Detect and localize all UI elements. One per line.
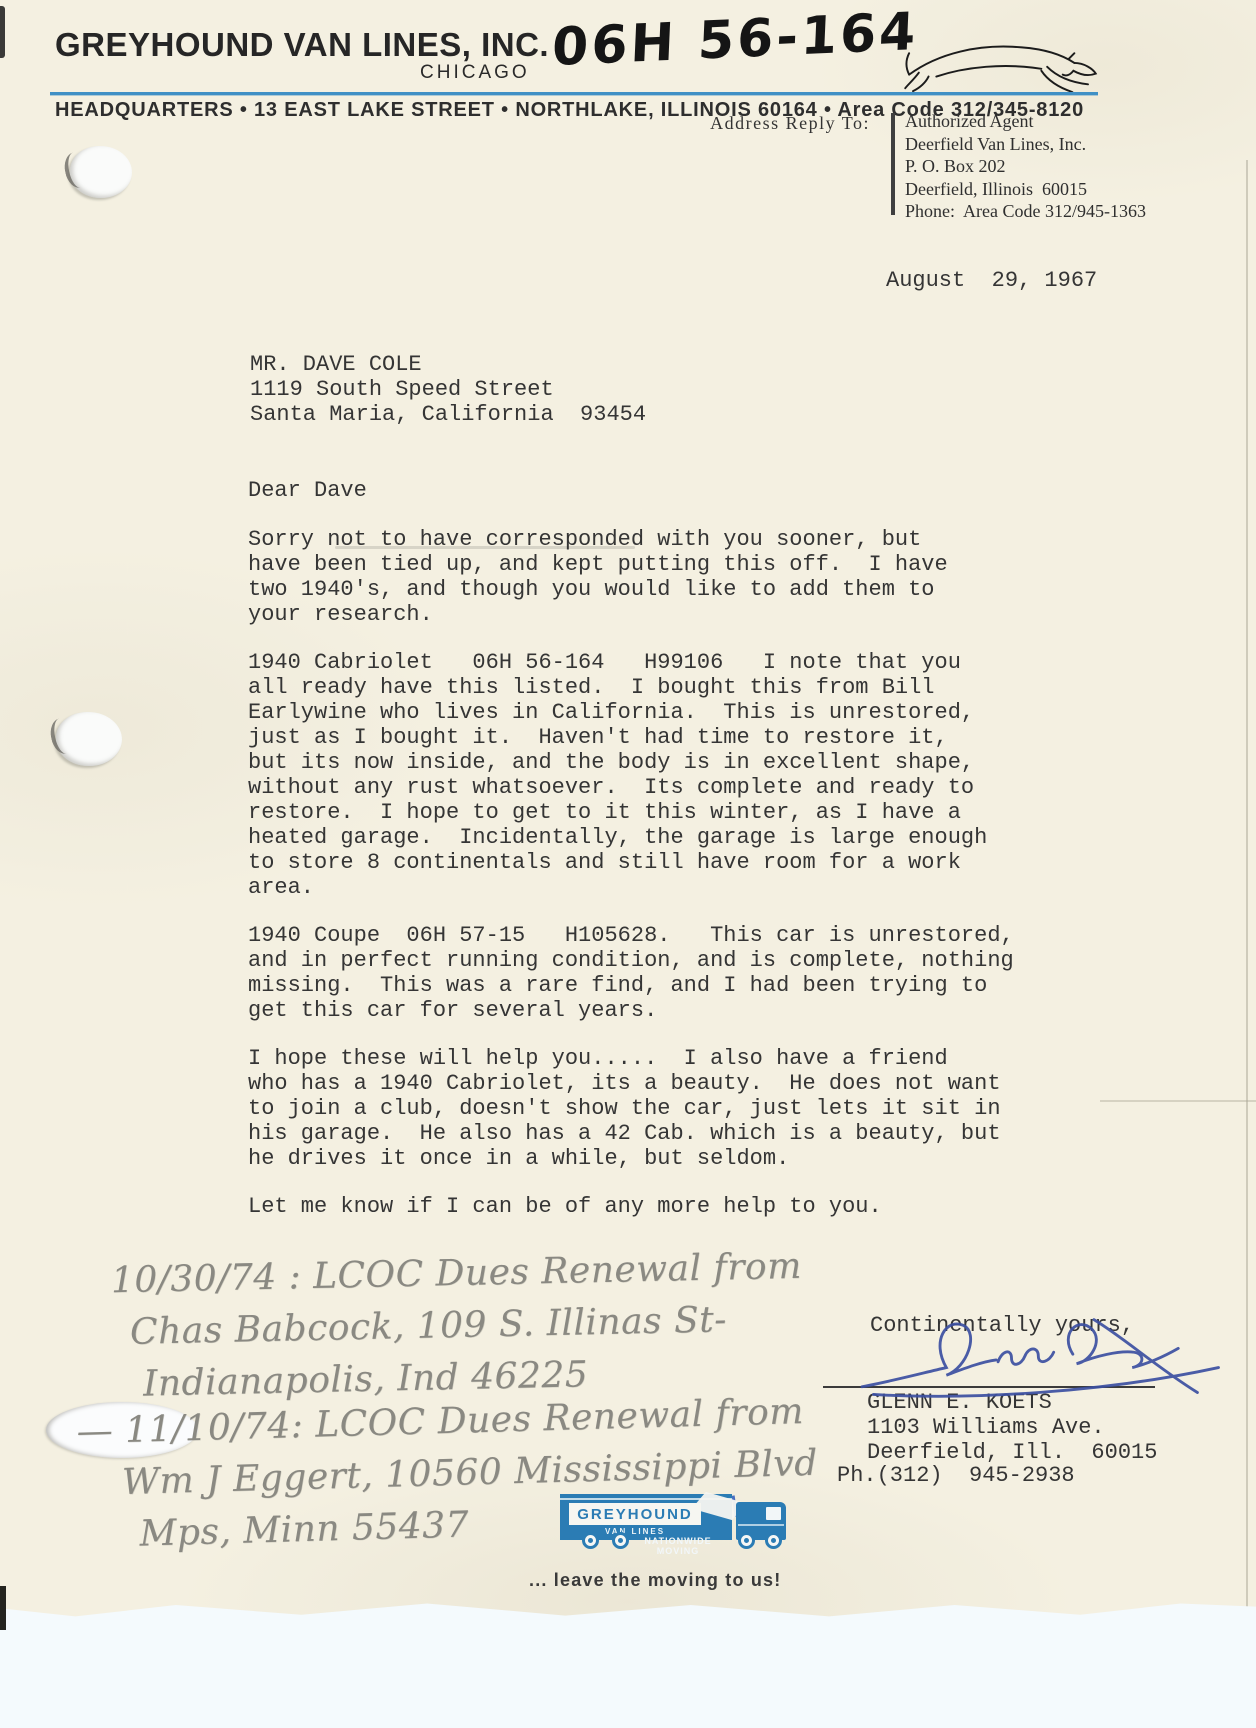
scan-edge-artifact-top <box>0 6 5 58</box>
cab-stripe <box>738 1524 784 1526</box>
company-name: GREYHOUND VAN LINES, INC. <box>55 26 549 64</box>
truck-brand-text: GREYHOUND <box>577 1506 693 1523</box>
letter-date: August 29, 1967 <box>886 268 1097 293</box>
paragraph-4: I hope these will help you..... I also h… <box>248 1046 1001 1171</box>
handwritten-vehicle-number: 06H 56-164 <box>551 2 920 78</box>
scanned-letter-page: GREYHOUND VAN LINES, INC. CHICAGO 06H 56… <box>0 0 1256 1728</box>
truck-brand-panel: GREYHOUND <box>569 1503 701 1525</box>
scan-edge-artifact-bottom <box>0 1586 6 1630</box>
pencil-note-1: 10/30/74 : LCOC Dues Renewal from Chas B… <box>110 1241 804 1411</box>
truck-wheel <box>738 1532 755 1549</box>
greyhound-truck-logo: GREYHOUND VAN LINES NATIONWIDE MOVING <box>560 1488 795 1560</box>
truck-tagline-text: NATIONWIDE MOVING <box>624 1536 732 1556</box>
paragraph-3: 1940 Coupe 06H 57-15 H105628. This car i… <box>248 923 1014 1023</box>
greyhound-dog-icon <box>903 26 1098 101</box>
agent-divider-bar <box>891 113 895 215</box>
signer-phone: Ph.(312) 945-2938 <box>837 1463 1075 1488</box>
truck-wheel <box>765 1532 782 1549</box>
paper-edge-line <box>1246 160 1248 1610</box>
signature-ink <box>846 1312 1246 1409</box>
address-reply-label: Address Reply To: <box>640 113 870 134</box>
salutation: Dear Dave <box>248 478 367 503</box>
punch-hole-mark-middle <box>56 712 122 766</box>
letterhead-rule <box>50 92 1098 95</box>
footer-slogan: ... leave the moving to us! <box>529 1570 829 1591</box>
company-city: CHICAGO <box>420 62 530 84</box>
recipient-address: MR. DAVE COLE 1119 South Speed Street Sa… <box>250 352 646 427</box>
truck-wheel <box>582 1532 599 1549</box>
paragraph-1: Sorry not to have corresponded with you … <box>248 527 948 627</box>
paragraph-2: 1940 Cabriolet 06H 56-164 H99106 I note … <box>248 650 987 900</box>
authorized-agent-block: Authorized Agent Deerfield Van Lines, In… <box>905 110 1146 223</box>
truck-wheel <box>612 1532 629 1549</box>
punch-hole-mark-top <box>70 146 132 198</box>
truck-windshield <box>766 1507 781 1520</box>
paper-crease <box>1100 1100 1256 1102</box>
letter-paper: GREYHOUND VAN LINES, INC. CHICAGO 06H 56… <box>0 0 1256 1618</box>
paragraph-5: Let me know if I can be of any more help… <box>248 1194 882 1219</box>
